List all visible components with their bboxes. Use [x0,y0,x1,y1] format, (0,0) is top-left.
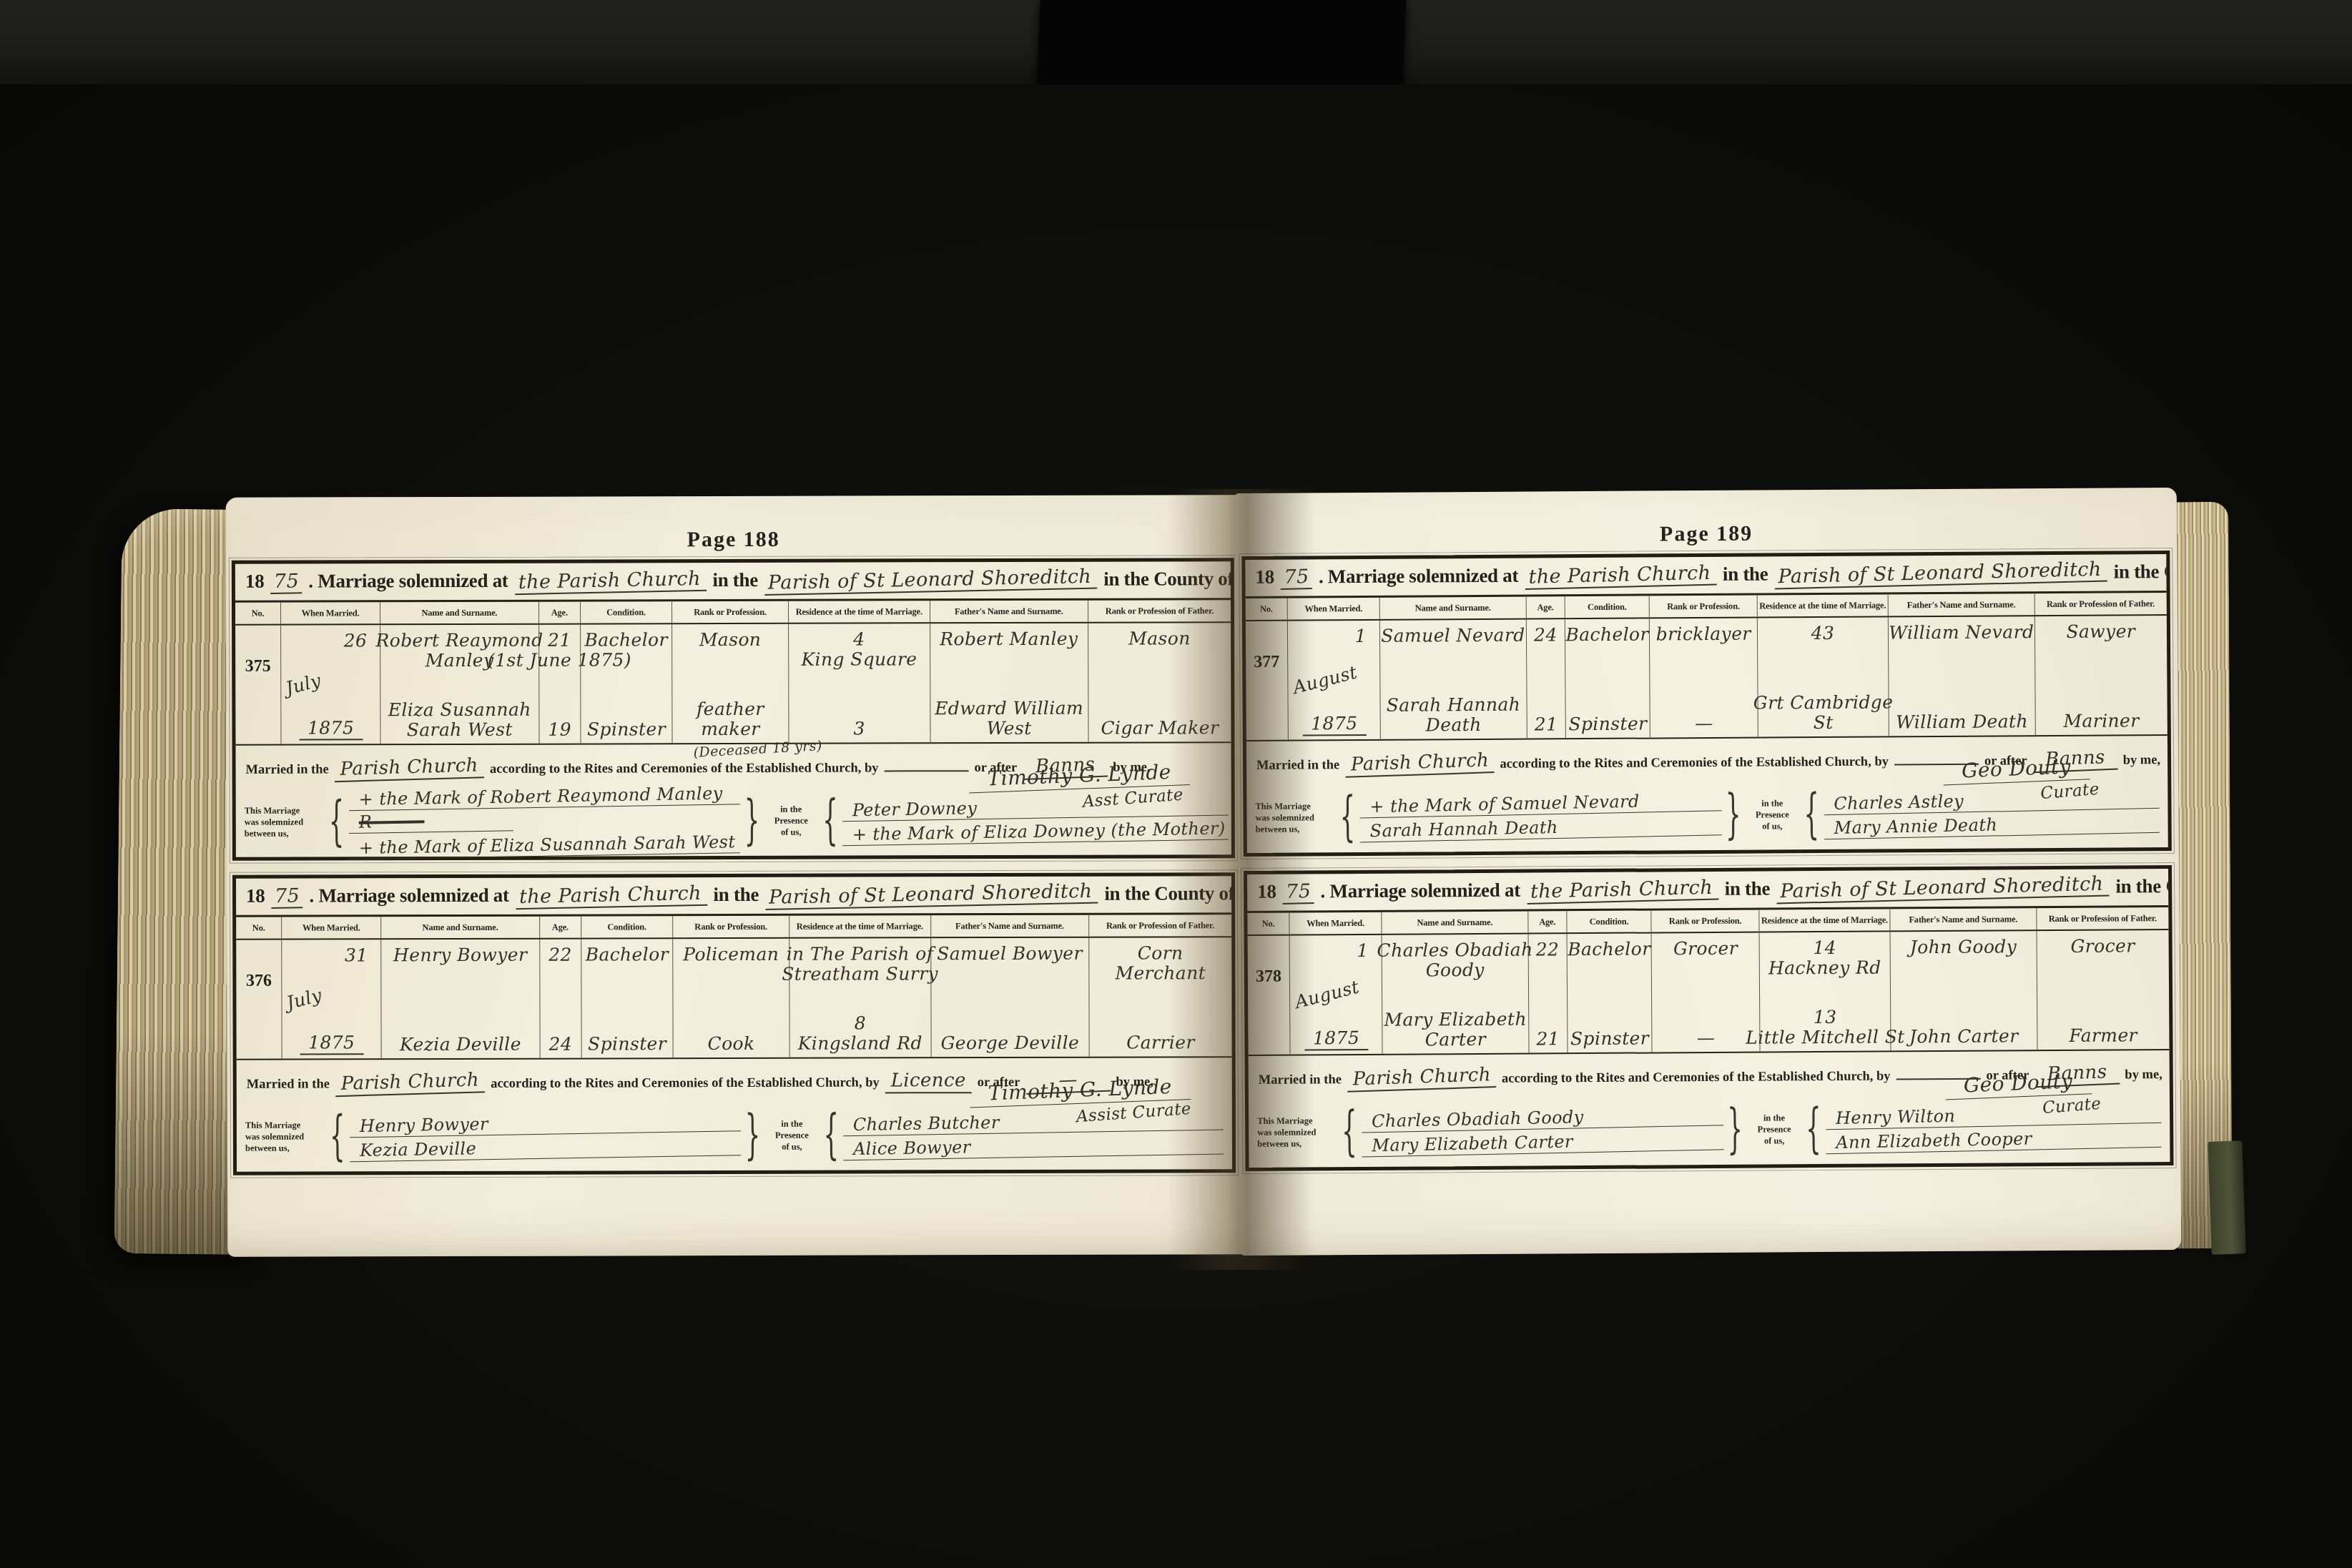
bride-name-line: Sarah West [407,720,513,740]
bride-father-rank-line: Farmer [2069,1025,2137,1046]
groom-father-rank-line: Corn [1138,943,1184,963]
marriage-record: 18 75 . Marriage solemnized at the Paris… [232,872,1236,1175]
bride-rank-line: — [1697,1028,1716,1048]
groom-father: William Nevard [1890,622,2033,643]
printed-year-prefix: 18 [245,571,264,593]
bride-residence-line: 13 [1814,1007,1837,1027]
this-marriage-label-line: was solemnized [1255,812,1335,824]
column-header-residence: Residence at the time of Marriage. [1759,909,1890,931]
cell-entry-number: 376 [236,940,282,1059]
brace-right: } [745,1104,761,1167]
brace-witness: { [1804,783,1819,846]
wedding-month: July [284,671,323,699]
handwritten-church: the Parish Church [1526,877,1718,904]
cell-conditions: Bachelor Spinster [1565,618,1650,738]
cell-residences: in The Parish of Streatham Surry 8 Kings… [789,938,931,1057]
presence-label: in the Presence of us, [764,1106,819,1165]
column-header-name-surname: Name and Surname. [381,917,539,939]
cell-names: Henry Bowyer Kezia Deville [381,940,540,1059]
cell-entry-number: 377 [1246,621,1289,740]
groom-father-line: William Nevard [1889,622,2034,643]
cell-when-married: 1 August 1875 [1290,935,1383,1055]
printed-county-of: in the County of [1103,568,1231,590]
cell-father-ranks: Corn Merchant Carrier [1089,937,1231,1057]
presence-label-line: in the [764,1118,819,1129]
groom-residence: 43 [1759,623,1886,644]
groom-rank-line: Mason [699,630,762,650]
wedding-month: August [1293,977,1362,1012]
groom-father: Samuel Bowyer [933,944,1087,965]
handwritten-parish: Parish of St Leonard Shoreditch [764,566,1098,596]
groom-residence-line: Streatham Surry [782,964,938,985]
column-header-residence: Residence at the time of Marriage. [1758,594,1889,616]
this-marriage-label-line: This Marriage [245,804,325,817]
bride-name-line: Sarah Hannah [1387,695,1521,716]
officiant-signature: Timothy G. Lynde Asst Curate [937,763,1223,808]
officiant-title: Curate [2042,1095,2102,1118]
cell-ranks: Grocer — [1652,933,1761,1052]
column-header-condition: Condition. [1567,910,1652,932]
column-header-residence: Residence at the time of Marriage. [789,601,930,623]
right-page-fore-edge [2174,502,2232,1248]
wedding-year: 1875 [1304,1028,1368,1051]
groom-father-line: Robert Manley [940,629,1078,650]
groom-rank: bricklayer [1651,624,1756,645]
cell-fathers: Samuel Bowyer George Deville [931,938,1090,1057]
column-header-rank-profession: Rank or Profession. [1650,596,1758,618]
officiant-signature: Geo Douty Curate [1873,756,2159,802]
bride-age-value: 21 [1536,1029,1560,1049]
column-header-father-name: Father's Name and Surname. [1889,593,2035,616]
brace-right: } [1727,1098,1743,1161]
handwritten-parish: Parish of St Leonard Shoreditch [1776,873,2110,904]
bride-father-line: West [987,719,1032,739]
bride-residence-line: 3 [854,719,865,739]
groom-rank: Policeman [674,945,787,965]
photo-of-marriage-register: { "photo": { "background": "#0b0b0a", "t… [0,0,2352,1568]
this-marriage-label-line: was solemnized [1257,1126,1337,1138]
groom-age-value: 22 [1536,940,1560,960]
couple-signatures: + the Mark of Robert Reaymond Manley R——… [348,792,739,851]
register-page-left: Page 188 18 75 . Marriage solemnized at … [226,495,1244,1257]
brace-right: } [1725,784,1741,847]
presence-label: in the Presence of us, [1747,1100,1801,1158]
printed-county-of: in the County of [1104,882,1231,904]
table-header-row: No. When Married. Name and Surname. Age.… [236,914,1231,940]
wedding-day: 31 [345,945,368,965]
column-header-name-surname: Name and Surname. [380,602,538,624]
bride-rank-line: Cook [708,1034,755,1054]
groom-residence: 4 King Square [790,629,928,670]
column-header-father-name: Father's Name and Surname. [1890,908,2037,930]
this-marriage-label: This Marriage was solemnized between us, [1257,1103,1337,1162]
cell-ages: 22 24 [540,940,582,1058]
this-marriage-label-line: between us, [245,1143,325,1155]
this-marriage-label-line: This Marriage [245,1119,325,1131]
column-header-when-married: When Married. [1288,598,1380,620]
bride-name-line: Death [1426,715,1482,735]
groom-age-value: 21 [548,631,571,651]
cell-names: Samuel Nevard Sarah Hannah Death [1380,620,1527,739]
column-header-age: Age. [1528,911,1567,932]
groom-father-rank: Grocer [2038,936,2167,957]
column-header-father-rank: Rank or Profession of Father. [2037,907,2168,930]
this-marriage-label-line: between us, [245,828,325,840]
groom-condition-value: Bachelor [586,945,669,965]
bride-condition-value: Spinster [588,1034,666,1054]
column-header-condition: Condition. [1565,596,1650,618]
printed-year-prefix: 18 [1257,881,1276,903]
bride-name: Eliza Susannah Sarah West [383,700,537,741]
bride-condition-value: Spinster [587,719,666,739]
cell-ages: 21 (1st June 1875) 19 [539,625,581,744]
wedding-year: 1875 [300,1032,363,1055]
bride-condition: Spinster [584,1034,671,1054]
cell-father-ranks: Sawyer Mariner [2035,616,2168,735]
couple-signatures: + the Mark of Samuel Nevard Sarah Hannah… [1359,786,1721,847]
cell-ranks: Policeman Cook [673,939,789,1057]
bride-father-line: John Carter [1909,1026,2019,1047]
witness-signature: Ann Elizabeth Cooper [1826,1126,2162,1153]
groom-father-line: John Goody [1910,937,2017,957]
groom-name-line: Manley [425,651,494,671]
cell-names: Charles Obadiah Goody Mary Elizabeth Car… [1382,935,1530,1054]
handwritten-church: the Parish Church [514,568,706,595]
bride-name-line: Kezia Deville [400,1035,521,1055]
groom-residence-line: King Square [801,649,917,669]
record-table-body: 376 31 July 1875 Henry Bowyer Kezia Devi… [236,937,1231,1060]
bride-name-line: Mary Elizabeth [1384,1010,1527,1030]
printed-according: according to the Rites and Ceremonies of… [1502,1069,1891,1086]
bride-father-rank-line: Carrier [1126,1032,1195,1052]
this-marriage-label: This Marriage was solemnized between us, [245,1107,325,1165]
cell-conditions: Bachelor Spinster [581,624,672,743]
page-number: Page 188 [226,526,1241,553]
groom-age: 24 [1528,625,1563,645]
bride-residence: 13 Little Mitchell St [1761,1007,1889,1047]
bride-name: Sarah Hannah Death [1382,695,1525,736]
groom-rank-line: bricklayer [1656,624,1751,645]
column-header-father-rank: Rank or Profession of Father. [1088,600,1231,622]
bride-rank-line: — [1695,714,1713,734]
cell-when-married: 1 August 1875 [1288,621,1381,740]
printed-married-in-the: Married in the [246,762,329,777]
cell-ages: 22 21 [1528,934,1568,1052]
handwritten-married-in: Parish Church [334,754,484,782]
groom-signature: + the Mark of Samuel Nevard [1359,790,1721,818]
groom-father-rank-line: Grocer [2070,936,2135,957]
this-marriage-label-line: This Marriage [1255,800,1335,812]
groom-age-value: 22 [548,945,572,965]
bride-condition: Spinster [1568,714,1649,735]
bride-rank: Cook [675,1034,788,1054]
entry-number: 377 [1247,653,1286,672]
bride-residence: Grt Cambridge St [1760,692,1887,733]
bride-signature: Sarah Hannah Death [1359,814,1721,842]
brace-witness: { [822,789,838,852]
printed-solemnized-at: . Marriage solemnized at [308,570,508,593]
record-table-body: 377 1 August 1875 Samuel Nevard Sarah Ha… [1246,616,2168,741]
column-header-age: Age. [540,917,582,938]
groom-residence-line: 4 [853,630,865,650]
groom-residence: 14 Hackney Rd [1761,937,1889,978]
groom-age: 22 [541,945,580,965]
bride-father: William Death [1891,711,2034,732]
bride-rank-line: feather [697,699,764,719]
bride-rank-line: maker [701,719,760,739]
wedding-day: 1 [1355,626,1367,646]
presence-label-line: Presence [764,815,818,827]
wedding-day: 1 [1357,941,1368,961]
book-cover-sliver [2208,1140,2245,1255]
groom-condition-value: Bachelor [1568,939,1651,960]
page-records: 18 75 . Marriage solemnized at the Paris… [1236,543,2180,1171]
groom-residence-line: in The Parish of [787,944,934,965]
this-marriage-label-line: This Marriage [1257,1115,1337,1127]
groom-father-rank-line: Sawyer [2066,621,2135,642]
bride-name: Kezia Deville [383,1035,538,1055]
bride-age: 19 [541,720,579,740]
column-header-father-name: Father's Name and Surname. [931,915,1089,937]
bride-father-rank: Carrier [1091,1032,1230,1053]
bride-age: 21 [1530,1029,1565,1049]
bride-father: John Carter [1892,1026,2035,1047]
groom-name: Samuel Nevard [1382,626,1525,646]
this-marriage-label-line: between us, [1257,1138,1337,1150]
presence-label-line: of us, [764,1141,819,1153]
printed-in-the: in the [1725,877,1771,899]
cell-when-married: 31 July 1875 [282,940,382,1058]
groom-signature: Henry Bowyer [349,1110,741,1138]
bride-rank: — [1652,714,1756,734]
bride-rank: — [1654,1028,1758,1049]
marriage-record: 18 75 . Marriage solemnized at the Paris… [1241,551,2172,857]
groom-rank: Mason [674,630,787,650]
groom-name-line: Robert Reaymond [375,631,543,651]
column-header-no: No. [235,603,281,624]
presence-label-line: of us, [1747,1135,1801,1147]
handwritten-church: the Parish Church [515,882,707,909]
printed-married-in-the: Married in the [1256,758,1339,774]
cell-entry-number: 378 [1248,936,1291,1055]
groom-condition: Bachelor [582,630,670,650]
cell-fathers: Robert Manley Edward William West [930,623,1089,743]
groom-condition: Bachelor [1567,625,1648,646]
bride-residence-line: 8 [855,1014,866,1034]
brace-right: } [744,789,760,852]
bride-father: Edward William West [932,699,1086,739]
brace-left: { [1339,786,1355,849]
bride-name-line: Carter [1425,1030,1486,1050]
married-in-line: Married in the Parish Church according t… [1246,736,2168,787]
groom-residence: in The Parish of Streatham Surry [791,944,929,985]
groom-condition-value: Bachelor [584,630,667,650]
bride-name-line: Eliza Susannah [388,700,531,721]
column-header-when-married: When Married. [282,917,381,938]
column-header-name-surname: Name and Surname. [1382,912,1528,934]
column-header-father-name: Father's Name and Surname. [930,601,1088,623]
bride-signature: Mary Elizabeth Carter [1362,1129,1723,1157]
officiant-title: Curate [2039,780,2100,803]
cell-conditions: Bachelor Spinster [1567,933,1652,1052]
groom-signature: Charles Obadiah Goody [1362,1105,1723,1133]
printed-according: according to the Rites and Ceremonies of… [491,1075,880,1091]
bride-condition: Spinster [1569,1029,1650,1050]
groom-father-rank-line: Merchant [1115,963,1206,983]
cell-fathers: John Goody John Carter [1890,931,2037,1050]
printed-county-of: in the County of [2115,874,2168,897]
cell-conditions: Bachelor Spinster [581,939,673,1057]
bride-signature: Kezia Deville [349,1135,741,1162]
groom-condition-value: Bachelor [1565,625,1649,646]
cell-residences: 43 Grt Cambridge St [1758,617,1889,736]
printed-in-the: in the [714,884,759,906]
groom-name-line: Goody [1426,960,1485,981]
brace-left: { [330,1105,345,1168]
bride-rank: feather maker [674,699,787,739]
groom-name: Charles Obadiah Goody [1384,940,1527,981]
bride-father-rank: Farmer [2039,1025,2168,1046]
handwritten-parish: Parish of St Leonard Shoreditch [1774,558,2107,590]
officiant-signature: Geo Douty Curate [1875,1070,2161,1116]
handwritten-year: 75 [270,570,302,594]
this-marriage-label: This Marriage was solemnized between us, [245,793,325,852]
presence-label-line: Presence [1747,1123,1801,1135]
cell-ranks: bricklayer — [1650,618,1758,738]
bride-residence-line: Grt Cambridge [1753,692,1894,713]
bride-residence-line: Little Mitchell St [1746,1027,1904,1047]
bride-father-rank: Mariner [2037,711,2165,731]
cell-father-ranks: Mason Cigar Maker [1088,623,1231,742]
handwritten-parish: Parish of St Leonard Shoreditch [765,880,1098,910]
printed-married-in-the: Married in the [1259,1073,1342,1088]
brace-witness: { [1806,1098,1821,1160]
column-header-no: No. [1247,913,1289,935]
cell-entry-number: 375 [235,626,281,744]
record-title-line: 18 75 . Marriage solemnized at the Paris… [236,876,1231,917]
printed-solemnized-at: . Marriage solemnized at [309,884,508,907]
crossed-out-signature: R——— [348,810,513,834]
officiant-name: Geo Douty [1944,1068,2092,1100]
bride-residence: 8 Kingsland Rd [791,1013,929,1054]
handwritten-year: 75 [1281,566,1313,590]
groom-father-rank: Mason [1090,628,1229,649]
record-title-line: 18 75 . Marriage solemnized at the Paris… [235,561,1231,603]
brace-left: { [329,790,345,853]
column-header-name-surname: Name and Surname. [1380,597,1527,619]
groom-age: 21 (1st June 1875) [541,631,579,671]
witness-signature: Mary Annie Death [1824,812,2160,839]
bride-father-rank-line: Cigar Maker [1101,718,1219,738]
wedding-year: 1875 [1302,714,1366,736]
printed-according: according to the Rites and Ceremonies of… [490,761,879,776]
printed-in-the: in the [1723,563,1768,585]
presence-label-line: in the [1747,1112,1801,1124]
bride-residence: 3 [790,719,928,739]
wedding-month: July [285,985,324,1013]
printed-solemnized-at: . Marriage solemnized at [1320,879,1520,903]
groom-name: Henry Bowyer [383,945,537,966]
groom-age: 22 [1530,940,1565,960]
bride-father: George Deville [933,1033,1087,1054]
bride-name: Mary Elizabeth Carter [1384,1010,1527,1050]
groom-residence-line: Hackney Rd [1768,958,1881,979]
column-header-rank-profession: Rank or Profession. [672,601,789,623]
bride-condition-value: Spinster [1568,714,1647,735]
bride-father-rank: Cigar Maker [1090,718,1229,739]
bride-residence-line: St [1814,713,1834,733]
groom-residence-line: 43 [1811,623,1835,644]
wedding-year: 1875 [299,718,363,740]
record-title-line: 18 75 . Marriage solemnized at the Paris… [1247,869,2168,913]
groom-name-line: Henry Bowyer [393,945,527,965]
presence-label-line: in the [764,803,818,814]
entry-number: 376 [237,972,280,991]
handwritten-married-in: Parish Church [335,1069,485,1097]
bride-father-line: Edward William [935,699,1083,719]
page-records: 18 75 . Marriage solemnized at the Paris… [226,551,1243,1175]
groom-father-rank-line: Mason [1128,628,1191,649]
column-header-father-rank: Rank or Profession of Father. [1089,914,1231,937]
witness-signature: + the Mark of Eliza Downey (the Mother) [842,819,1229,846]
this-marriage-label-line: was solemnized [245,816,325,828]
wedding-day: 26 [344,631,368,651]
presence-label: in the Presence of us, [764,792,818,850]
officiant-signature: Timothy G. Lynde Assist Curate [938,1078,1224,1123]
bride-residence-line: Kingsland Rd [798,1033,922,1053]
column-header-age: Age. [539,602,581,623]
cell-names: Robert Reaymond Manley Eliza Susannah Sa… [380,625,539,744]
bride-condition-value: Spinster [1570,1029,1649,1050]
married-in-line: Married in the Parish Church according t… [1249,1050,2170,1102]
bride-father-line: William Death [1896,711,2028,732]
marriage-record: 18 75 . Marriage solemnized at the Paris… [232,558,1235,861]
presence-label-line: in the [1745,797,1799,809]
groom-name-line: Charles Obadiah [1377,940,1532,961]
register-page-right: Page 189 18 75 . Marriage solemnized at … [1236,488,2181,1256]
brace-witness: { [823,1104,839,1167]
column-header-residence: Residence at the time of Marriage. [789,915,931,937]
bride-father-rank-line: Mariner [2063,711,2139,731]
presence-label-line: Presence [1745,809,1799,821]
printed-year-prefix: 18 [1255,566,1274,588]
groom-rank-line: Grocer [1673,939,1738,960]
column-header-no: No. [236,917,282,939]
cell-father-ranks: Grocer Farmer [2037,930,2169,1050]
groom-residence-line: 14 [1813,938,1836,958]
bride-age: 24 [541,1035,580,1055]
cell-fathers: William Nevard William Death [1889,616,2036,736]
bride-age-value: 21 [1535,714,1558,734]
bride-signature: + the Mark of Eliza Susannah Sarah West [348,832,740,859]
cell-ranks: Mason feather maker [672,624,789,743]
bride-age-value: 24 [549,1035,573,1055]
handwritten-married-in: Parish Church [1347,1064,1496,1093]
groom-age-value: 24 [1534,625,1558,645]
groom-father-line: Samuel Bowyer [937,944,1083,965]
handwritten-married-in: Parish Church [1345,749,1495,778]
printed-year-prefix: 18 [246,885,265,907]
couple-signatures: Charles Obadiah Goody Mary Elizabeth Car… [1362,1100,1723,1161]
column-header-when-married: When Married. [281,602,380,623]
groom-condition: Bachelor [583,945,671,965]
entry-number: 375 [237,657,279,676]
column-header-condition: Condition. [581,916,673,937]
wedding-month: August [1291,662,1360,698]
bride-father-line: George Deville [940,1033,1079,1054]
brace-left: { [1342,1100,1357,1163]
column-header-when-married: When Married. [1290,912,1382,935]
